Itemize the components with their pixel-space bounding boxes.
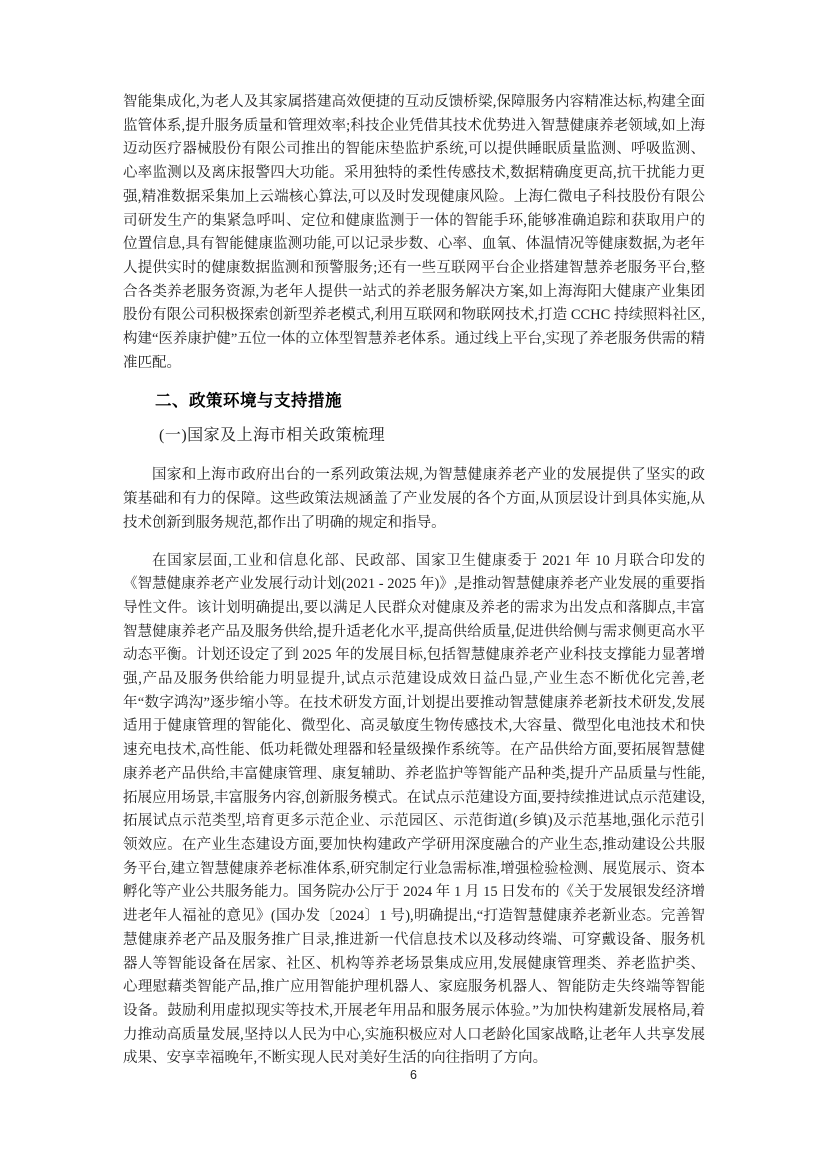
paragraph-continuation: 智能集成化,为老人及其家属搭建高效便捷的互动反馈桥梁,保障服务内容精准达标,构建…	[123, 91, 705, 375]
subsection-heading: (一)国家及上海市相关政策梳理	[159, 424, 705, 448]
page-footer: 6	[0, 1066, 827, 1084]
page-number: 6	[410, 1068, 417, 1082]
document-page: 智能集成化,为老人及其家属搭建高效便捷的互动反馈桥梁,保障服务内容精准达标,构建…	[0, 0, 827, 1169]
paragraph-policy-overview: 国家和上海市政府出台的一系列政策法规,为智慧健康养老产业的发展提供了坚实的政策基…	[123, 464, 705, 535]
document-body: 智能集成化,为老人及其家属搭建高效便捷的互动反馈桥梁,保障服务内容精准达标,构建…	[123, 91, 705, 1085]
section-heading: 二、政策环境与支持措施	[155, 389, 705, 413]
paragraph-national-level: 在国家层面,工业和信息化部、民政部、国家卫生健康委于 2021 年 10 月联合…	[123, 550, 705, 1071]
